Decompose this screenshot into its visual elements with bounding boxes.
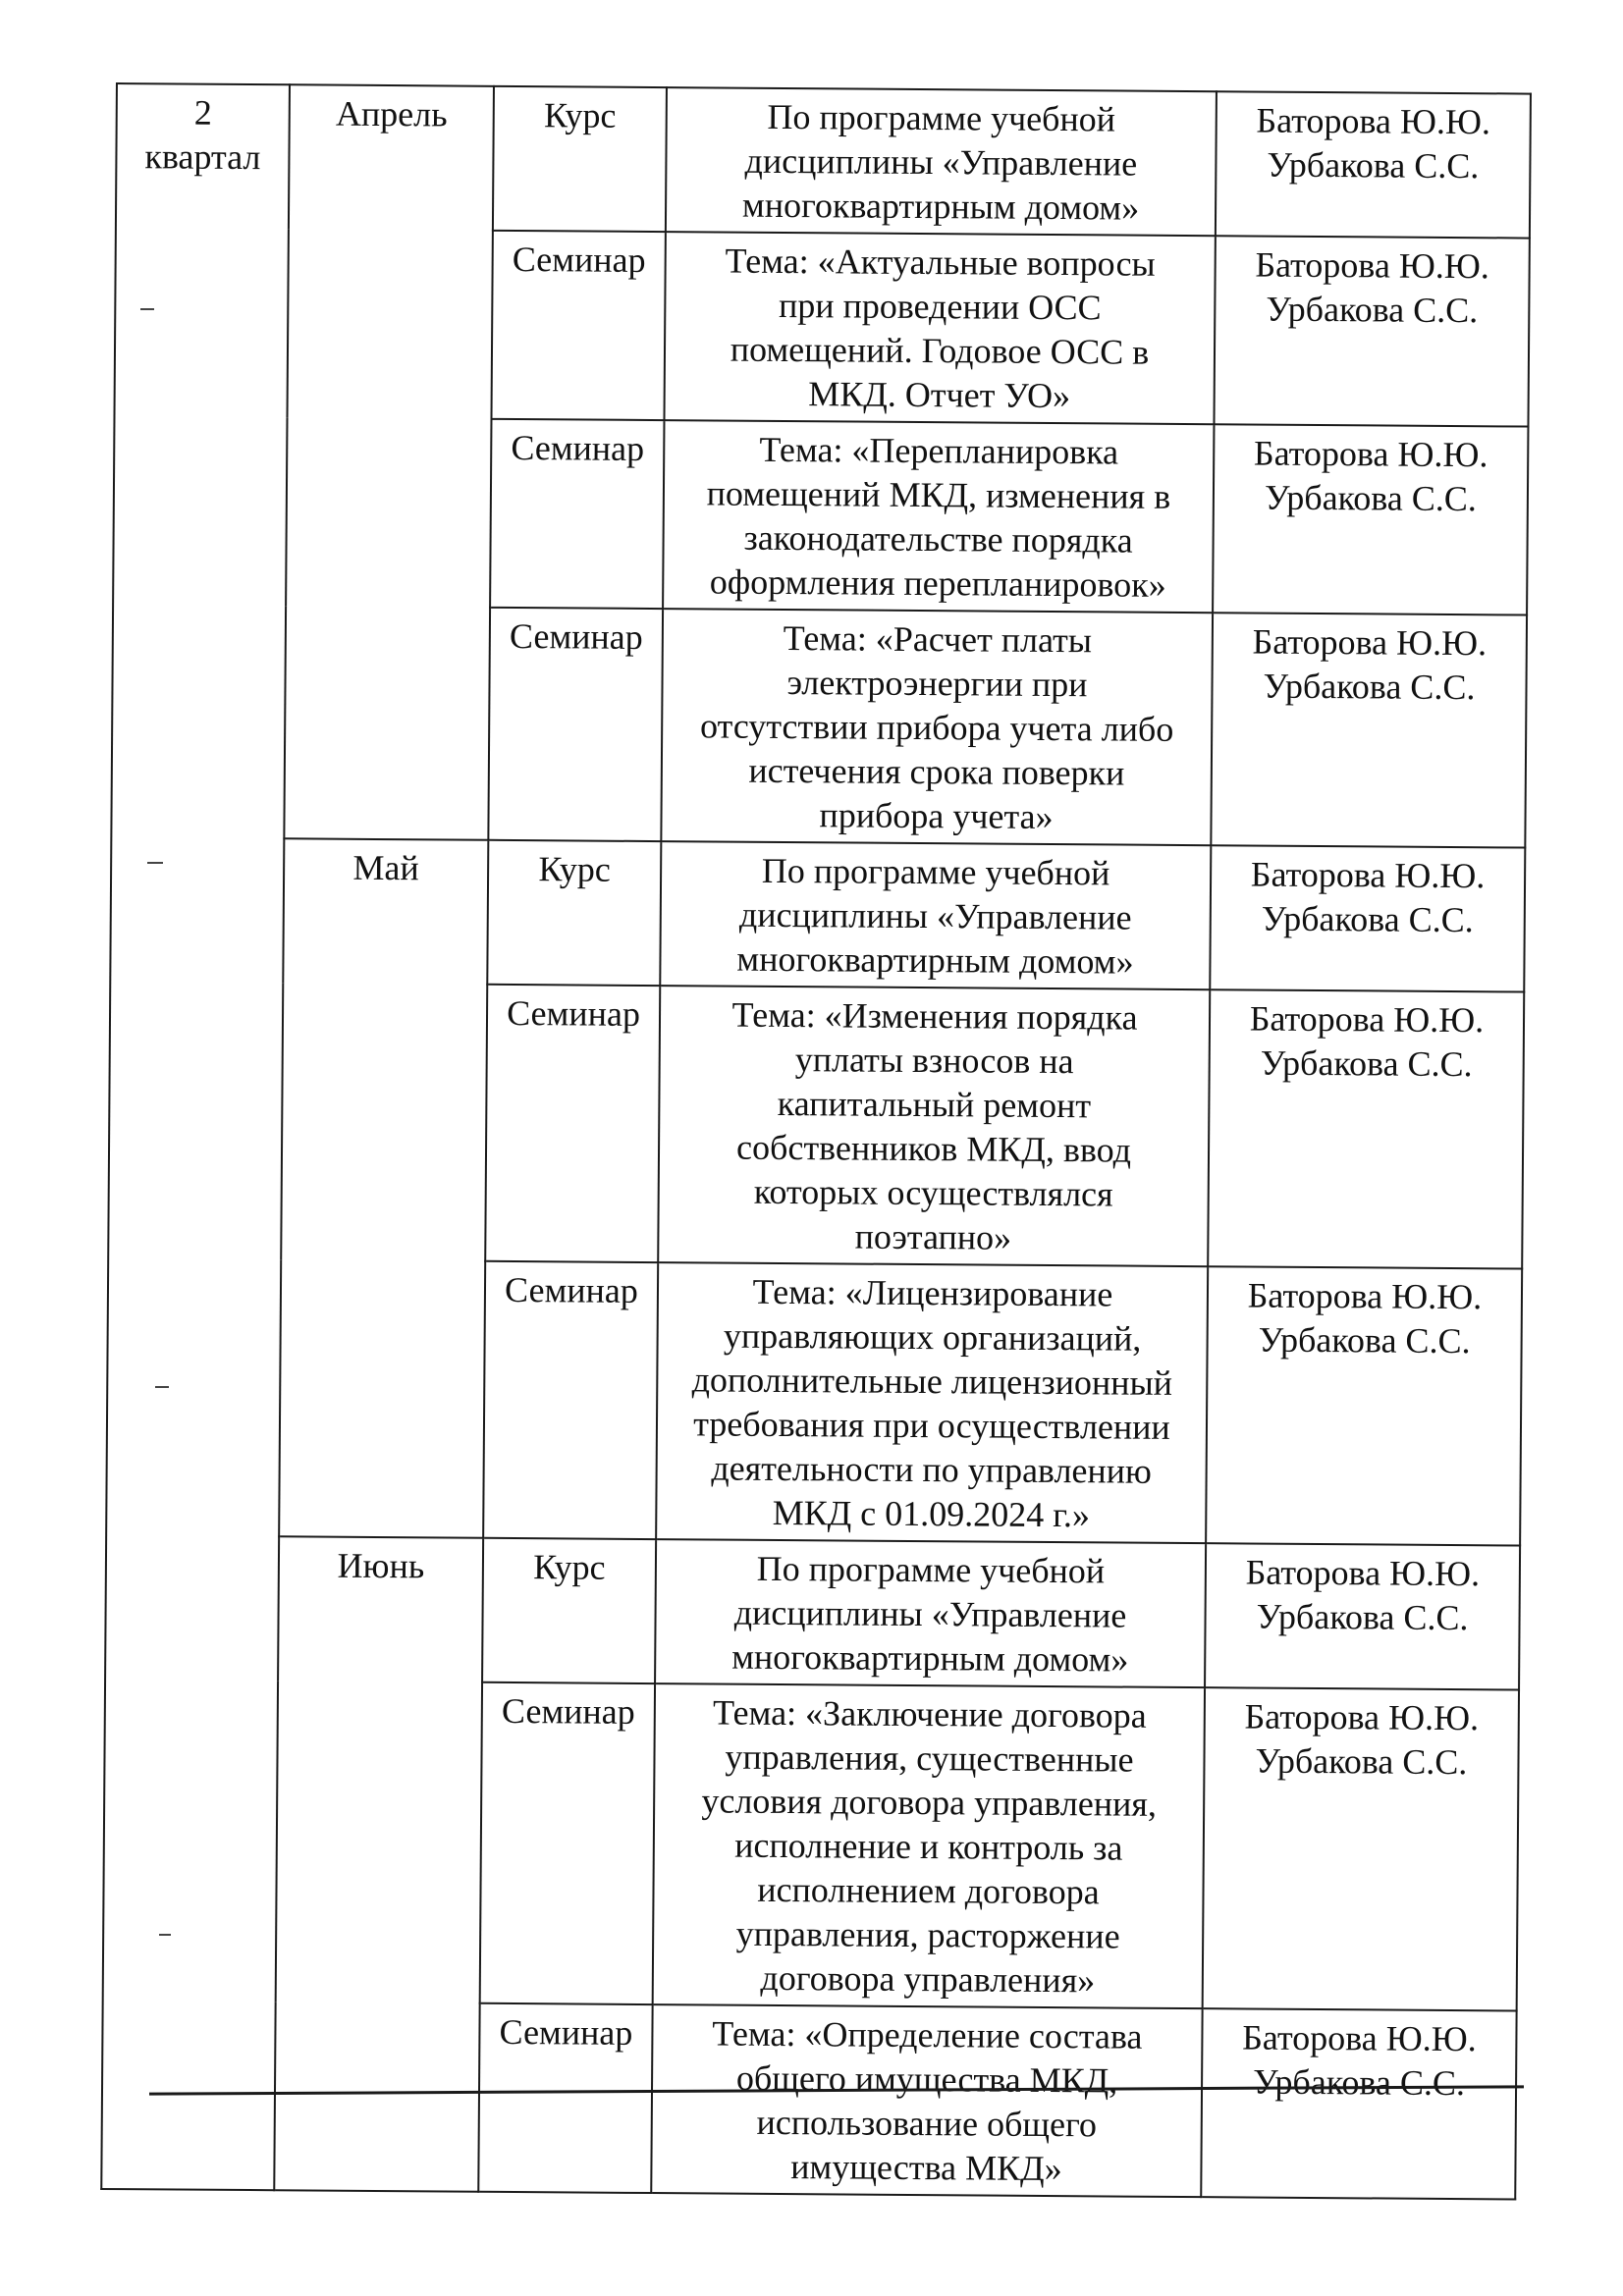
responsible-person: Урбакова С.С. bbox=[1223, 287, 1520, 333]
responsible-cell: Баторова Ю.Ю.Урбакова С.С. bbox=[1205, 1543, 1520, 1689]
topic-cell: По программе учебнойдисциплины «Управлен… bbox=[655, 1539, 1206, 1687]
scan-speck bbox=[155, 1386, 169, 1388]
table-row: ИюньКурсПо программе учебнойдисциплины «… bbox=[105, 1535, 1520, 1690]
responsible-person: Баторова Ю.Ю. bbox=[1222, 431, 1519, 477]
responsible-cell: Баторова Ю.Ю.Урбакова С.С. bbox=[1216, 91, 1531, 238]
topic-line: оформления перепланировок» bbox=[672, 560, 1204, 608]
event-type-cell: Семинар bbox=[480, 1682, 655, 2004]
topic-line: многоквартирным домом» bbox=[675, 183, 1207, 231]
topic-line: помещений. Годовое ОСС в bbox=[674, 327, 1206, 375]
topic-line: электроэнергии при bbox=[671, 660, 1203, 708]
topic-cell: По программе учебнойдисциплины «Управлен… bbox=[666, 87, 1217, 236]
responsible-person: Урбакова С.С. bbox=[1219, 896, 1516, 942]
scanned-page: 2кварталАпрельКурсПо программе учебнойди… bbox=[0, 0, 1623, 2296]
responsible-person: Баторова Ю.Ю. bbox=[1214, 1694, 1510, 1740]
topic-line: Тема: «Лицензирование bbox=[667, 1269, 1199, 1317]
responsible-cell: Баторова Ю.Ю.Урбакова С.С. bbox=[1208, 989, 1524, 1268]
topic-line: которых осуществлялся bbox=[668, 1169, 1200, 1217]
topic-line: поэтапно» bbox=[667, 1213, 1199, 1261]
topic-cell: Тема: «Расчет платыэлектроэнергии приотс… bbox=[661, 609, 1213, 845]
scan-speck bbox=[159, 1934, 171, 1936]
scan-speck bbox=[147, 862, 163, 864]
responsible-person: Баторова Ю.Ю. bbox=[1225, 98, 1522, 144]
month-cell: Май bbox=[279, 838, 488, 1538]
responsible-person: Баторова Ю.Ю. bbox=[1211, 2015, 1507, 2061]
responsible-cell: Баторова Ю.Ю.Урбакова С.С. bbox=[1213, 424, 1528, 614]
topic-cell: Тема: «Перепланировкапомещений МКД, изме… bbox=[663, 420, 1214, 613]
event-type-cell: Семинар bbox=[483, 1261, 658, 1539]
topic-line: управления, расторжение bbox=[662, 1911, 1194, 1959]
topic-line: дисциплины «Управление bbox=[675, 138, 1207, 187]
topic-line: уплаты взносов на bbox=[669, 1037, 1201, 1085]
topic-line: договора управления» bbox=[662, 1955, 1194, 2003]
topic-line: По программе учебной bbox=[665, 1546, 1197, 1594]
topic-cell: Тема: «Заключение договорауправления, су… bbox=[653, 1683, 1205, 2008]
responsible-person: Баторова Ю.Ю. bbox=[1219, 852, 1516, 898]
responsible-person: Урбакова С.С. bbox=[1222, 475, 1519, 521]
responsible-person: Урбакова С.С. bbox=[1218, 1041, 1515, 1087]
training-schedule-table: 2кварталАпрельКурсПо программе учебнойди… bbox=[100, 82, 1532, 2201]
topic-line: законодательстве порядка bbox=[672, 515, 1204, 563]
schedule-body: 2кварталАпрельКурсПо программе учебнойди… bbox=[101, 83, 1531, 2199]
topic-line: использование общего bbox=[661, 2100, 1193, 2148]
topic-line: По программе учебной bbox=[676, 94, 1208, 142]
event-type-cell: Семинар bbox=[490, 419, 664, 609]
event-type-cell: Курс bbox=[487, 840, 661, 986]
scan-speck bbox=[140, 308, 154, 310]
topic-line: помещений МКД, изменения в bbox=[673, 471, 1205, 519]
responsible-cell: Баторова Ю.Ю.Урбакова С.С. bbox=[1210, 845, 1525, 991]
topic-line: Тема: «Перепланировка bbox=[673, 427, 1205, 475]
topic-line: Тема: «Расчет платы bbox=[672, 615, 1204, 664]
responsible-cell: Баторова Ю.Ю.Урбакова С.С. bbox=[1203, 1687, 1519, 2010]
event-type-cell: Курс bbox=[482, 1538, 656, 1683]
topic-cell: Тема: «Актуальные вопросыпри проведении … bbox=[664, 232, 1215, 424]
topic-line: Тема: «Актуальные вопросы bbox=[675, 239, 1207, 287]
event-type-cell: Курс bbox=[493, 86, 667, 232]
quarter-number: 2 bbox=[126, 90, 281, 135]
topic-line: условия договора управления, bbox=[663, 1779, 1195, 1827]
responsible-person: Урбакова С.С. bbox=[1213, 1738, 1509, 1785]
responsible-person: Баторова Ю.Ю. bbox=[1215, 1550, 1511, 1596]
event-type-cell: Семинар bbox=[491, 231, 665, 420]
topic-line: Тема: «Определение состава bbox=[661, 2011, 1193, 2059]
responsible-cell: Баторова Ю.Ю.Урбакова С.С. bbox=[1206, 1266, 1522, 1545]
responsible-person: Баторова Ю.Ю. bbox=[1224, 242, 1521, 289]
topic-cell: Тема: «Изменения порядкауплаты взносов н… bbox=[658, 986, 1210, 1266]
topic-line: управления, существенные bbox=[663, 1735, 1195, 1783]
topic-cell: По программе учебнойдисциплины «Управлен… bbox=[660, 841, 1211, 989]
responsible-person: Урбакова С.С. bbox=[1214, 1594, 1510, 1640]
topic-line: дисциплины «Управление bbox=[670, 892, 1202, 940]
responsible-person: Баторова Ю.Ю. bbox=[1217, 1273, 1513, 1319]
topic-cell: Тема: «Лицензированиеуправляющих организ… bbox=[656, 1262, 1208, 1543]
topic-line: дисциплины «Управление bbox=[664, 1590, 1196, 1638]
topic-line: исполнение и контроль за bbox=[663, 1823, 1195, 1871]
responsible-person: Урбакова С.С. bbox=[1220, 664, 1517, 710]
table-row: 2кварталАпрельКурсПо программе учебнойди… bbox=[116, 83, 1531, 239]
quarter-cell: 2квартал bbox=[101, 83, 290, 2190]
topic-line: МКД. Отчет УО» bbox=[674, 371, 1206, 419]
quarter-label: квартал bbox=[125, 134, 280, 180]
responsible-cell: Баторова Ю.Ю.Урбакова С.С. bbox=[1214, 236, 1529, 426]
topic-line: отсутствии прибора учета либо bbox=[671, 704, 1203, 752]
topic-line: собственников МКД, ввод bbox=[668, 1125, 1200, 1173]
event-type-cell: Семинар bbox=[488, 608, 663, 841]
topic-line: прибора учета» bbox=[670, 792, 1202, 840]
topic-line: имущества МКД» bbox=[660, 2144, 1192, 2192]
topic-line: истечения срока поверки bbox=[671, 748, 1203, 796]
responsible-person: Баторова Ю.Ю. bbox=[1221, 619, 1518, 666]
responsible-cell: Баторова Ю.Ю.Урбакова С.С. bbox=[1201, 2008, 1516, 2199]
responsible-person: Урбакова С.С. bbox=[1224, 142, 1521, 188]
topic-line: капитальный ремонт bbox=[668, 1081, 1200, 1129]
event-type-cell: Семинар bbox=[485, 985, 660, 1262]
topic-line: деятельности по управлению bbox=[666, 1446, 1198, 1494]
topic-line: многоквартирным домом» bbox=[669, 936, 1201, 985]
month-cell: Апрель bbox=[284, 84, 494, 840]
responsible-person: Урбакова С.С. bbox=[1216, 1317, 1512, 1363]
topic-line: требования при осуществлении bbox=[666, 1402, 1198, 1450]
responsible-cell: Баторова Ю.Ю.Урбакова С.С. bbox=[1211, 613, 1527, 847]
topic-line: дополнительные лицензионный bbox=[666, 1358, 1198, 1406]
schedule-sheet: 2кварталАпрельКурсПо программе учебнойди… bbox=[100, 82, 1530, 2200]
table-row: МайКурсПо программе учебнойдисциплины «У… bbox=[110, 837, 1525, 992]
responsible-person: Баторова Ю.Ю. bbox=[1218, 996, 1515, 1042]
responsible-person: Урбакова С.С. bbox=[1211, 2059, 1507, 2106]
topic-line: исполнением договора bbox=[662, 1867, 1194, 1915]
topic-line: при проведении ОСС bbox=[674, 283, 1206, 331]
topic-line: многоквартирным домом» bbox=[664, 1634, 1196, 1682]
event-type-cell: Семинар bbox=[478, 2003, 652, 2193]
topic-line: МКД с 01.09.2024 г.» bbox=[665, 1490, 1197, 1538]
topic-line: По программе учебной bbox=[670, 848, 1202, 896]
topic-cell: Тема: «Определение составаобщего имущест… bbox=[651, 2004, 1202, 2197]
topic-line: Тема: «Изменения порядка bbox=[669, 992, 1201, 1041]
topic-line: управляющих организаций, bbox=[666, 1313, 1198, 1362]
topic-line: Тема: «Заключение договора bbox=[664, 1690, 1196, 1738]
topic-line: общего имущества МКД, bbox=[661, 2056, 1193, 2104]
